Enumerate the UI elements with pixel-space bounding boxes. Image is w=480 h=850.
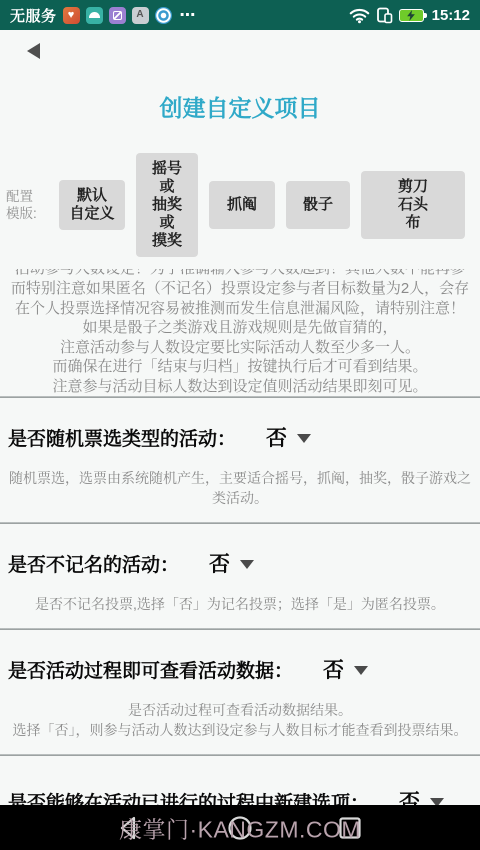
nav-back-icon[interactable] xyxy=(117,815,143,841)
notice-line: 注意参与活动目标人数达到设定值则活动结果即刻可见。 xyxy=(4,377,476,397)
dropdown-value: 否 xyxy=(209,548,230,578)
question-label: 是否随机票选类型的活动： xyxy=(8,424,236,451)
new-options-dropdown[interactable]: 否 xyxy=(399,786,444,805)
dropdown-value: 否 xyxy=(399,786,420,805)
template-button-dice[interactable]: 骰子 xyxy=(286,181,350,229)
template-button-default-custom[interactable]: 默认 自定义 xyxy=(59,180,125,230)
live-data-dropdown[interactable]: 否 xyxy=(323,654,368,684)
dropdown-value: 否 xyxy=(323,654,344,684)
circle-app-icon xyxy=(155,7,172,24)
question-label: 是否活动过程即可查看活动数据： xyxy=(8,656,293,683)
template-button-draw-lots[interactable]: 抓阄 xyxy=(209,181,275,229)
setting-section-random-vote: 是否随机票选类型的活动： 否 随机票选，选票由系统随机产生，主要适合摇号，抓阄，… xyxy=(0,398,480,522)
notice-line: 注意活动参与人数设定要比实际活动人数至少多一人。 xyxy=(4,338,476,358)
template-button-rock-paper-scissors[interactable]: 剪刀 石头 布 xyxy=(361,171,465,239)
heart-app-icon: ♥ xyxy=(63,7,80,24)
nav-home-icon[interactable] xyxy=(227,815,253,841)
page-title: 创建自定义项目 xyxy=(0,30,480,123)
main-content: 创建自定义项目 配置 模版: 默认 自定义 摇号 或 抽奖 或 摸奖 抓阄 骰子… xyxy=(0,30,480,805)
purple-app-icon xyxy=(109,7,126,24)
anonymous-dropdown[interactable]: 否 xyxy=(209,548,254,578)
back-icon[interactable] xyxy=(27,43,40,59)
chevron-down-icon xyxy=(297,434,311,443)
notice-line: 而确保在进行「结束与归档」按键执行后才可看到结果。 xyxy=(4,357,476,377)
setting-section-new-options: 是否能够在活动已进行的过程中新建选项： 否 xyxy=(0,756,480,805)
setting-section-anonymous: 是否不记名的活动： 否 是否不记名投票,选择「否」为记名投票；选择「是」为匿名投… xyxy=(0,524,480,628)
letter-a-app-icon: A xyxy=(132,7,149,24)
nav-recents-icon[interactable] xyxy=(337,815,363,841)
random-vote-dropdown[interactable]: 否 xyxy=(266,422,311,452)
notice-paragraph: 活动参与人数设定！为了准确输入参与人数起到！其他人数不能再参与。 而特别注意如果… xyxy=(0,269,480,396)
wifi-icon xyxy=(349,7,370,24)
section-description: 是否不记名投票,选择「否」为记名投票；选择「是」为匿名投票。 xyxy=(0,594,480,614)
template-picker-label: 配置 模版: xyxy=(6,188,48,222)
status-bar: 无服务 ♥ A ⋯ 15:12 xyxy=(0,0,480,30)
section-description: 随机票选，选票由系统随机产生，主要适合摇号，抓阄，抽奖，骰子游戏之类活动。 xyxy=(0,468,480,508)
setting-section-live-data: 是否活动过程即可查看活动数据： 否 是否活动过程可查看活动数据结果。 选择「否」… xyxy=(0,630,480,754)
sim-file-icon xyxy=(376,7,393,24)
chevron-down-icon xyxy=(430,798,444,805)
clock-label: 15:12 xyxy=(432,7,470,24)
chevron-down-icon xyxy=(240,560,254,569)
notice-clipped-line: 活动参与人数设定！为了准确输入参与人数起到！其他人数不能再参与。 xyxy=(4,269,476,279)
section-description: 是否活动过程可查看活动数据结果。 选择「否」，则参与活动人数达到设定参与人数目标… xyxy=(0,700,480,740)
chevron-down-icon xyxy=(354,666,368,675)
notice-line: 而特别注意如果匿名（不记名）投票设定参与者目标数量为2人，会存在个人投票选择情况… xyxy=(4,279,476,318)
notice-line: 如果是骰子之类游戏且游戏规则是先做盲猜的， xyxy=(4,318,476,338)
question-label: 是否不记名的活动： xyxy=(8,550,179,577)
phone-screen: 无服务 ♥ A ⋯ 15:12 创建自定义项目 配置 模版: 默 xyxy=(0,0,480,850)
template-picker: 配置 模版: 默认 自定义 摇号 或 抽奖 或 摸奖 抓阄 骰子 剪刀 石头 布 xyxy=(0,153,480,257)
battery-icon xyxy=(399,9,424,22)
dropdown-value: 否 xyxy=(266,422,287,452)
question-label: 是否能够在活动已进行的过程中新建选项： xyxy=(8,788,369,806)
android-nav-bar: 康掌门·KANGZM.COM xyxy=(0,805,480,850)
template-button-lottery[interactable]: 摇号 或 抽奖 或 摸奖 xyxy=(136,153,198,257)
carrier-label: 无服务 xyxy=(10,5,57,26)
teal-app-icon xyxy=(86,7,103,24)
notification-overflow-icon: ⋯ xyxy=(180,5,197,25)
